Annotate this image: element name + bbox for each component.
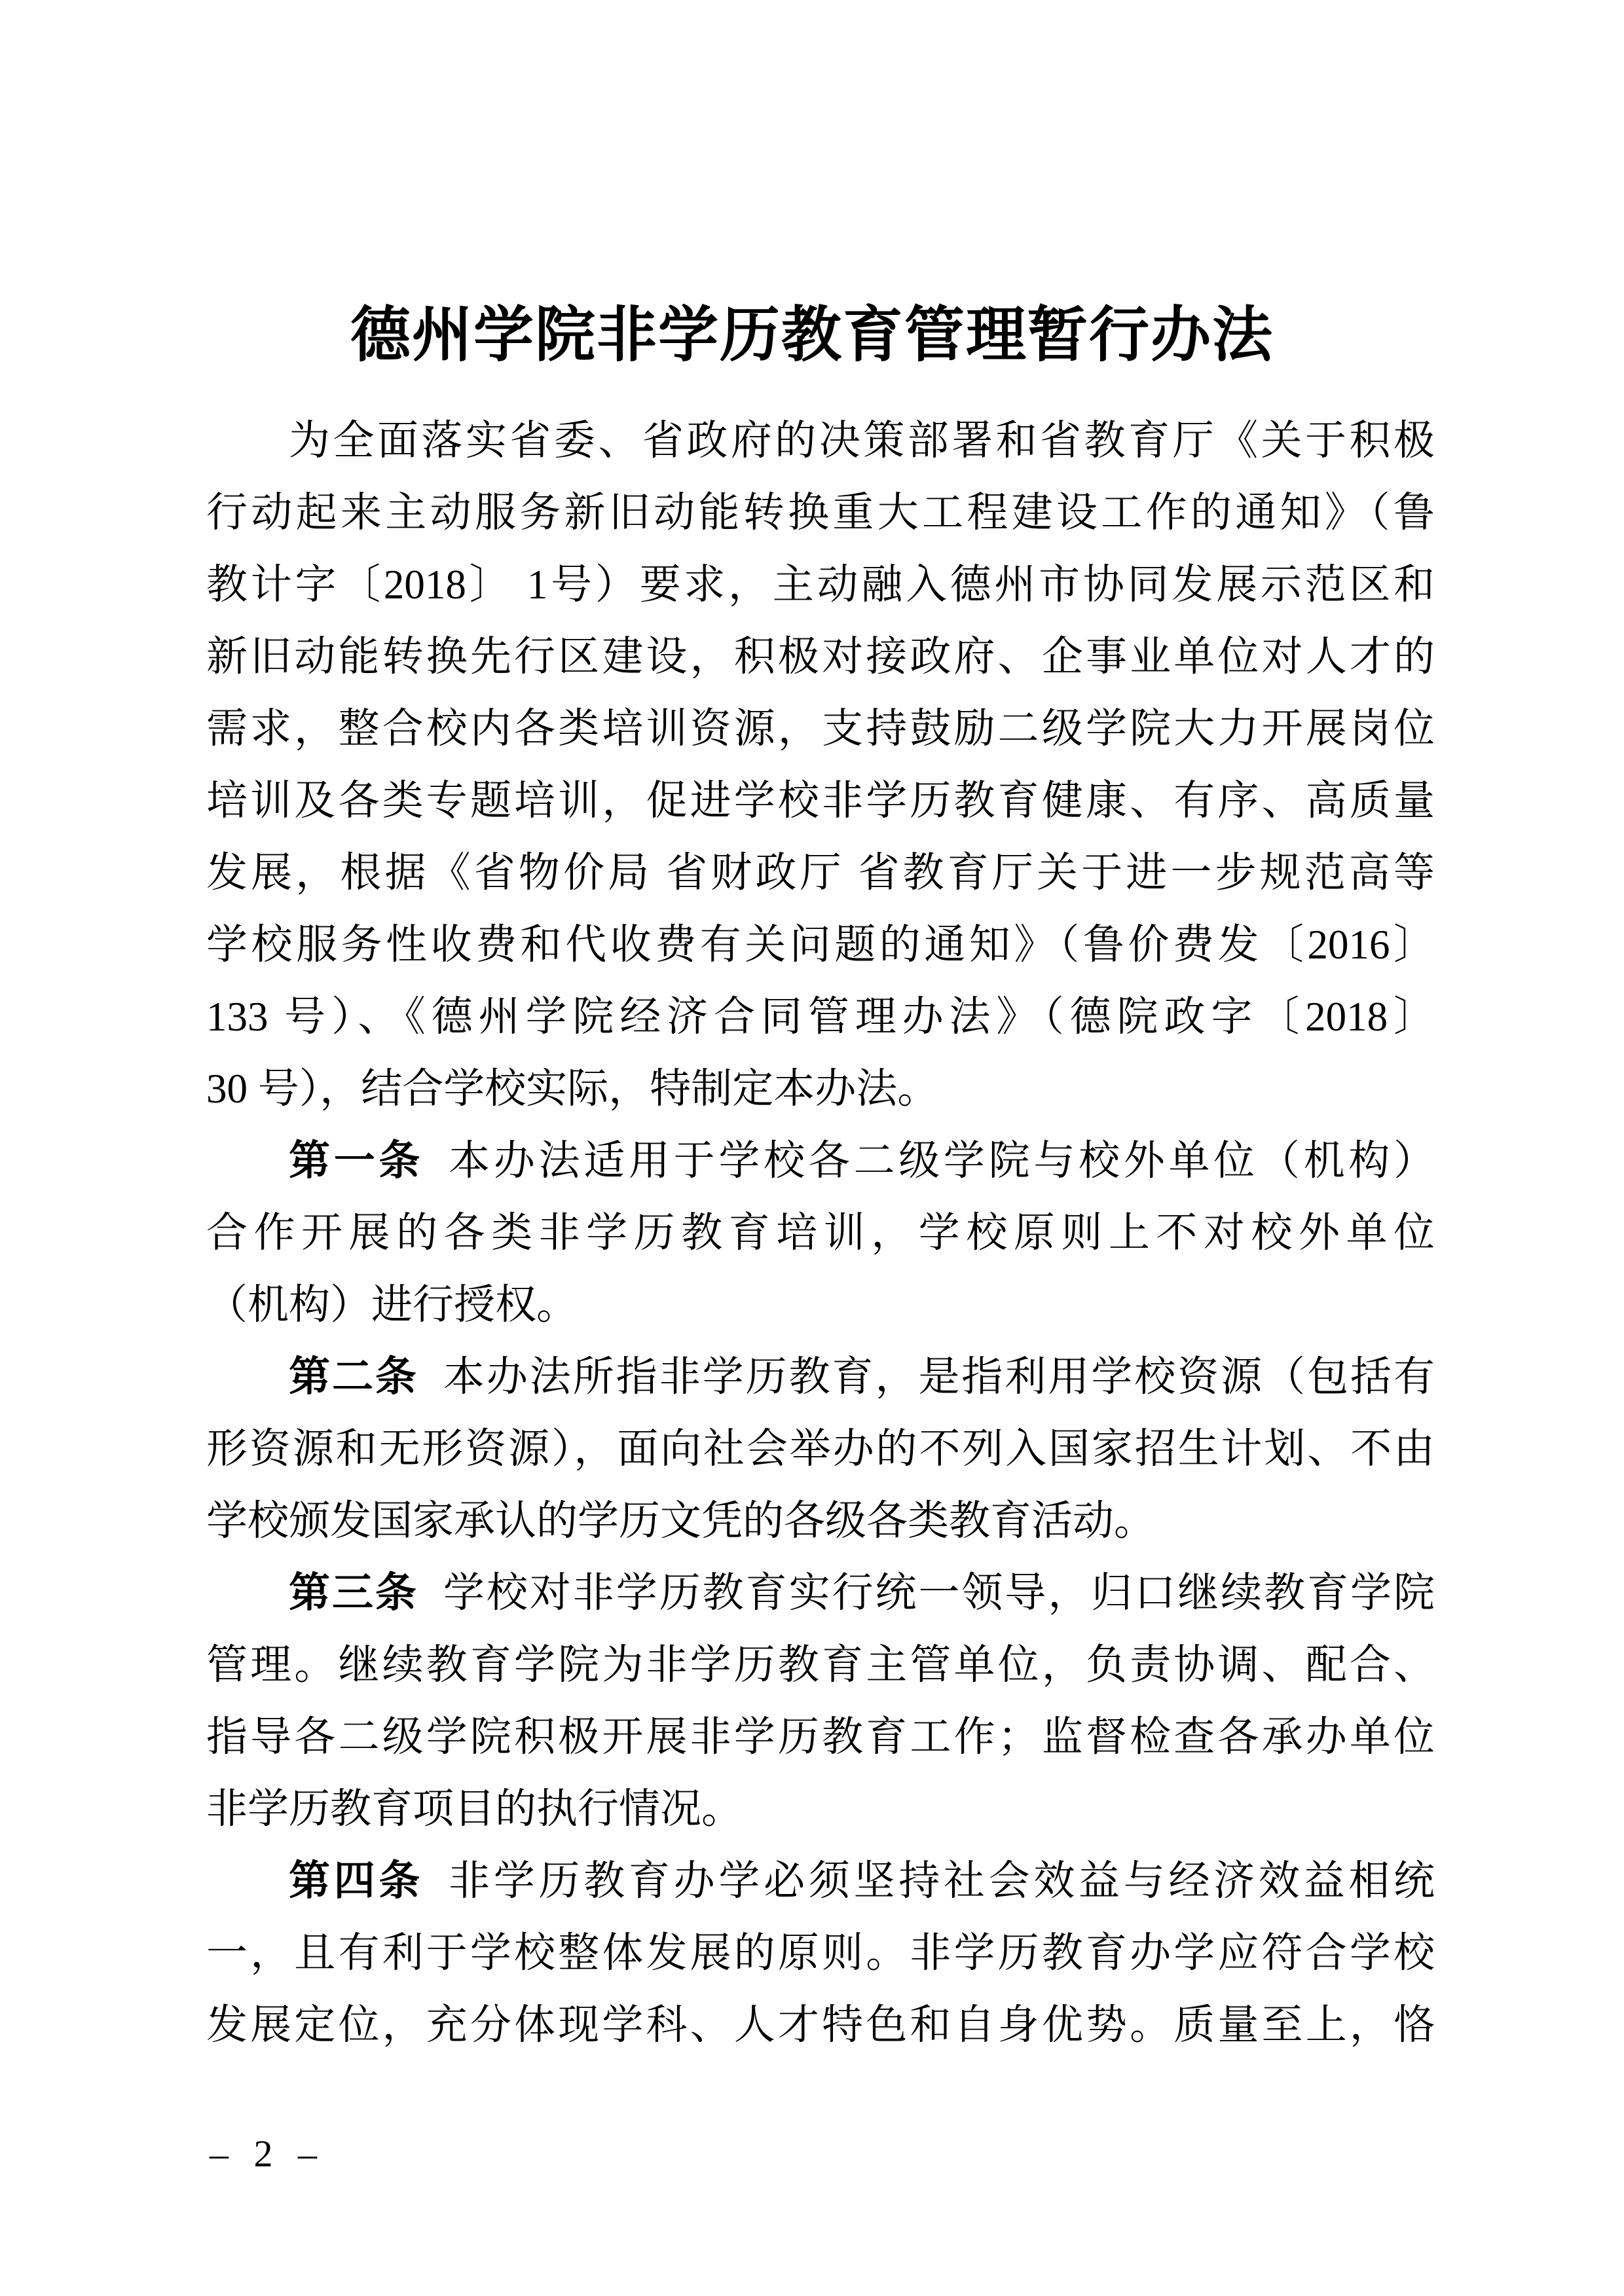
text-line: 培训及各类专题培训，促进学校非学历教育健康、有序、高质量 (206, 765, 1435, 837)
text-line: 管理。继续教育学院为非学历教育主管单位，负责协调、配合、 (206, 1629, 1435, 1701)
article-number: 第三条 (289, 1570, 418, 1616)
text-line: 第三条学校对非学历教育实行统一领导，归口继续教育学院 (206, 1557, 1435, 1629)
document-body: 为全面落实省委、省政府的决策部署和省教育厅《关于积极行动起来主动服务新旧动能转换… (206, 405, 1435, 2061)
text-line: 为全面落实省委、省政府的决策部署和省教育厅《关于积极 (206, 405, 1435, 477)
document-page: 德州学院非学历教育管理暂行办法 为全面落实省委、省政府的决策部署和省教育厅《关于… (0, 0, 1624, 2296)
text-line: 新旧动能转换先行区建设，积极对接政府、企事业单位对人才的 (206, 621, 1435, 693)
article-number: 第二条 (289, 1354, 418, 1400)
text-line: 133 号）、《德州学院经济合同管理办法》（德院政字〔2018〕 (206, 981, 1435, 1053)
text-line: 第一条本办法适用于学校各二级学院与校外单位（机构） (206, 1125, 1435, 1197)
text-line: 第四条非学历教育办学必须坚持社会效益与经济效益相统 (206, 1845, 1435, 1917)
text-line: 行动起来主动服务新旧动能转换重大工程建设工作的通知》（鲁 (206, 477, 1435, 549)
text-line: 30 号），结合学校实际，特制定本办法。 (206, 1053, 1435, 1125)
page-number: – 2 – (210, 2132, 325, 2176)
text-line: 形资源和无形资源），面向社会举办的不列入国家招生计划、不由 (206, 1413, 1435, 1485)
text-line: （机构）进行授权。 (206, 1269, 1435, 1341)
text-line: 学校服务性收费和代收费有关问题的通知》（鲁价费发〔2016〕 (206, 909, 1435, 981)
text-line: 非学历教育项目的执行情况。 (206, 1773, 1435, 1845)
text-line: 发展，根据《省物价局 省财政厅 省教育厅关于进一步规范高等 (206, 837, 1435, 909)
text-line: 一，且有利于学校整体发展的原则。非学历教育办学应符合学校 (206, 1917, 1435, 1989)
text-line: 第二条本办法所指非学历教育，是指利用学校资源（包括有 (206, 1341, 1435, 1413)
document-title: 德州学院非学历教育管理暂行办法 (0, 287, 1624, 373)
text-line: 需求，整合校内各类培训资源，支持鼓励二级学院大力开展岗位 (206, 693, 1435, 765)
text-line: 发展定位，充分体现学科、人才特色和自身优势。质量至上，恪 (206, 1989, 1435, 2061)
article-number: 第四条 (289, 1858, 424, 1904)
text-line: 学校颁发国家承认的学历文凭的各级各类教育活动。 (206, 1485, 1435, 1557)
text-line: 教计字〔2018〕 1号）要求，主动融入德州市协同发展示范区和 (206, 549, 1435, 621)
article-number: 第一条 (289, 1138, 424, 1184)
text-line: 合作开展的各类非学历教育培训，学校原则上不对校外单位 (206, 1197, 1435, 1269)
text-line: 指导各二级学院积极开展非学历教育工作；监督检查各承办单位 (206, 1701, 1435, 1773)
